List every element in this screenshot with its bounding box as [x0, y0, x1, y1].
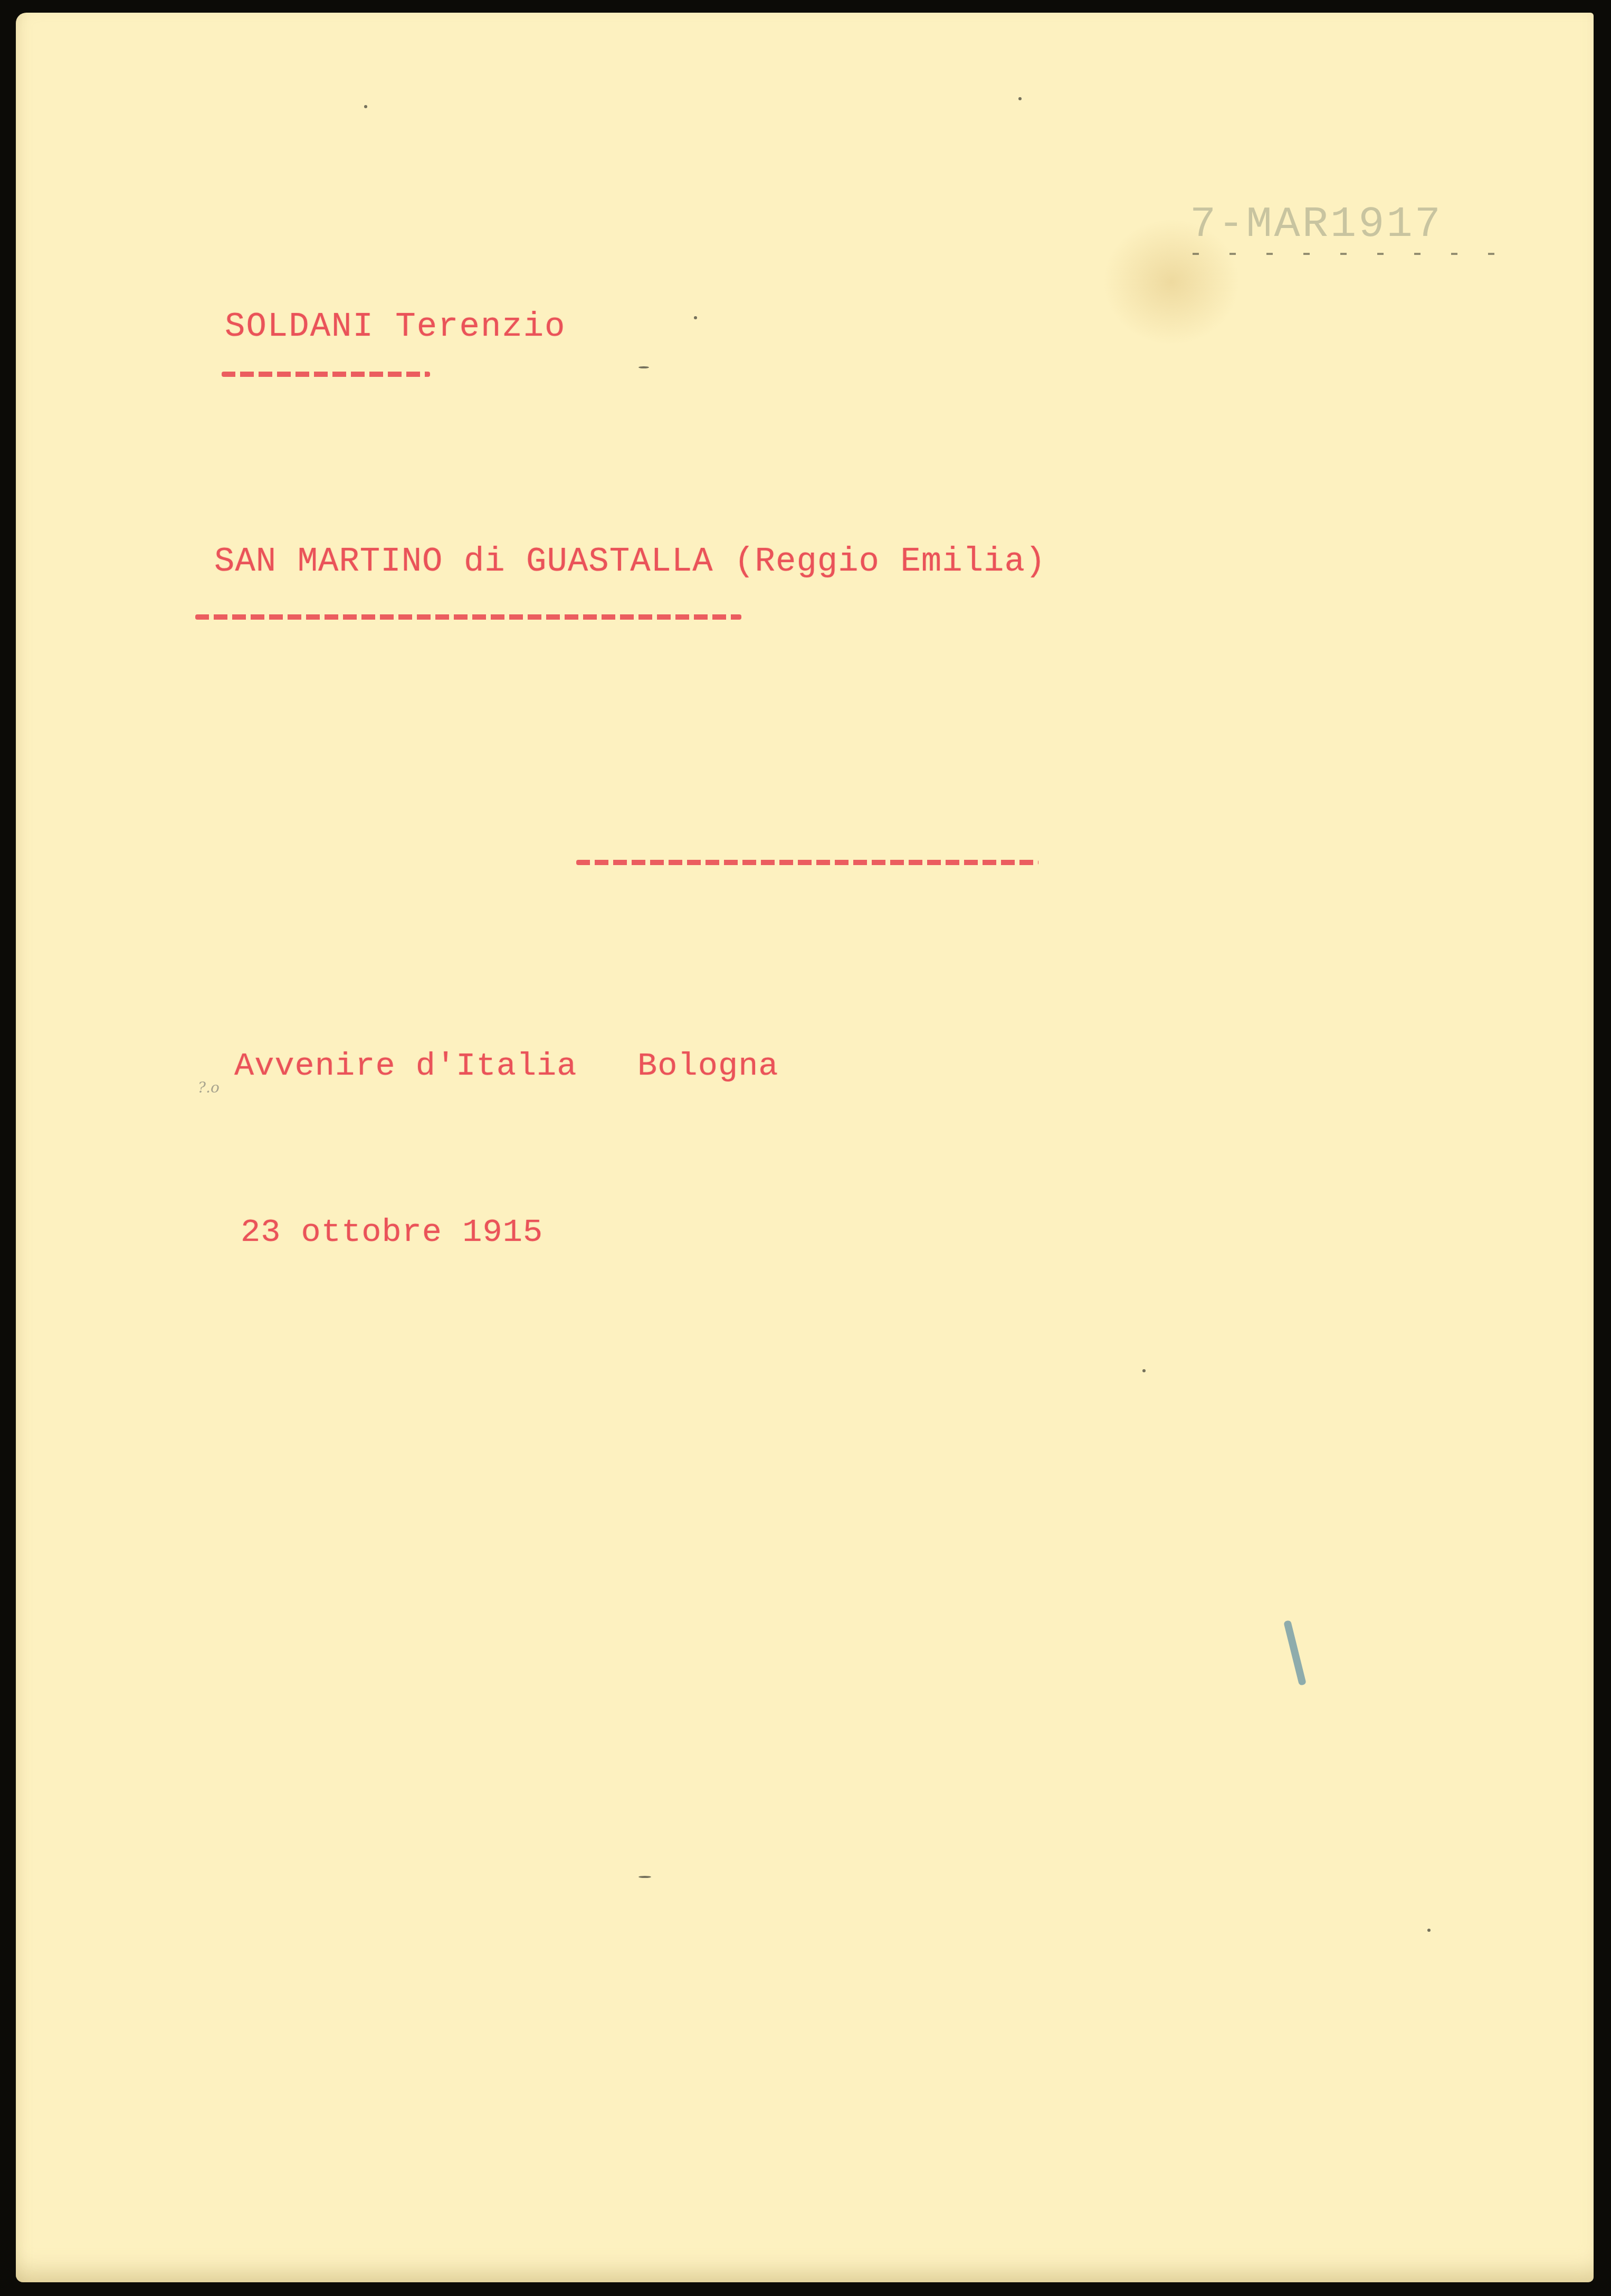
stamp-underline: [1193, 253, 1504, 255]
speck: [1427, 1929, 1431, 1932]
speck: [1018, 97, 1022, 100]
date-received-stamp: 7-MAR1917: [1190, 200, 1443, 249]
section-divider: [576, 860, 1038, 865]
publication-date: 23 ottobre 1915: [241, 1213, 543, 1251]
speck: [638, 1876, 651, 1878]
speck: [364, 105, 367, 108]
person-name: SOLDANI Terenzio: [225, 308, 566, 346]
speck: [638, 366, 649, 368]
name-underline: [222, 372, 430, 377]
archival-card: 7-MAR1917 SOLDANI Terenzio SAN MARTINO d…: [16, 13, 1594, 2282]
place-underline: [195, 614, 741, 620]
blue-pencil-mark: [1283, 1620, 1307, 1686]
birthplace: SAN MARTINO di GUASTALLA (Reggio Emilia): [214, 543, 1046, 581]
speck: [694, 316, 697, 319]
speck: [1142, 1369, 1146, 1372]
pencil-annotation: ?.o: [198, 1079, 220, 1096]
newspaper-source: Avvenire d'Italia Bologna: [234, 1047, 779, 1085]
